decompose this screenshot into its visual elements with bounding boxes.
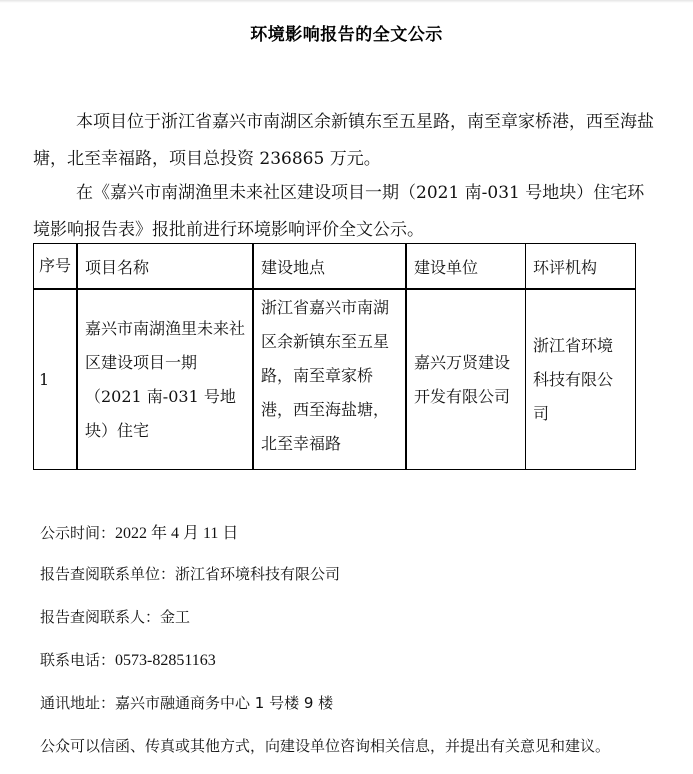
announcement-paragraph: 在《嘉兴市南湖渔里未来社区建设项目一期（2021 南-031 号地块）住宅环境影…: [33, 175, 658, 249]
contact-person-line: 报告查阅联系人：金工: [40, 606, 190, 627]
cell-index: 1: [34, 289, 78, 470]
cell-eia-agency: 浙江省环境科技有限公司: [526, 289, 636, 470]
header-eia-agency: 环评机构: [526, 244, 636, 290]
header-index: 序号: [34, 244, 78, 290]
page-title: 环境影响报告的全文公示: [0, 20, 693, 45]
contact-unit-label: 报告查阅联系单位：: [40, 565, 175, 583]
contact-unit-value: 浙江省环境科技有限公司: [175, 565, 340, 583]
header-location: 建设地点: [253, 244, 406, 290]
contact-phone-line: 联系电话：0573-82851163: [40, 649, 216, 670]
cell-project-name: 嘉兴市南湖渔里未来社区建设项目一期（2021 南-031 号地块）住宅: [77, 289, 253, 470]
contact-address-label: 通讯地址：: [40, 694, 115, 712]
contact-person-value: 金工: [160, 608, 190, 626]
contact-address-value: 嘉兴市融通商务中心 1 号楼 9 楼: [115, 694, 333, 712]
header-project-name: 项目名称: [77, 244, 253, 290]
publish-time-line: 公示时间：2022 年 4 月 11 日: [40, 520, 238, 543]
table-header-row: 序号 项目名称 建设地点 建设单位 环评机构: [34, 244, 636, 290]
contact-phone-label: 联系电话：: [40, 651, 115, 669]
header-builder: 建设单位: [406, 244, 526, 290]
publish-time-value: 2022 年 4 月 11 日: [115, 525, 238, 542]
cell-builder: 嘉兴万贤建设开发有限公司: [406, 289, 526, 470]
contact-person-label: 报告查阅联系人：: [40, 608, 160, 626]
contact-unit-line: 报告查阅联系单位：浙江省环境科技有限公司: [40, 563, 340, 584]
cell-location: 浙江省嘉兴市南湖区余新镇东至五星路，南至章家桥港，西至海盐塘，北至幸福路: [253, 289, 406, 470]
contact-address-line: 通讯地址：嘉兴市融通商务中心 1 号楼 9 楼: [40, 692, 333, 713]
public-notice-line: 公众可以信函、传真或其他方式，向建设单位咨询相关信息，并提出有关意见和建议。: [40, 735, 610, 756]
project-table: 序号 项目名称 建设地点 建设单位 环评机构 1 嘉兴市南湖渔里未来社区建设项目…: [33, 243, 636, 470]
top-edge-shadow: [0, 0, 693, 3]
intro-paragraph: 本项目位于浙江省嘉兴市南湖区余新镇东至五星路，南至章家桥港，西至海盐塘，北至幸福…: [33, 104, 658, 178]
table-row: 1 嘉兴市南湖渔里未来社区建设项目一期（2021 南-031 号地块）住宅 浙江…: [34, 289, 636, 470]
publish-time-label: 公示时间：: [40, 524, 115, 542]
contact-phone-value: 0573-82851163: [115, 652, 216, 669]
